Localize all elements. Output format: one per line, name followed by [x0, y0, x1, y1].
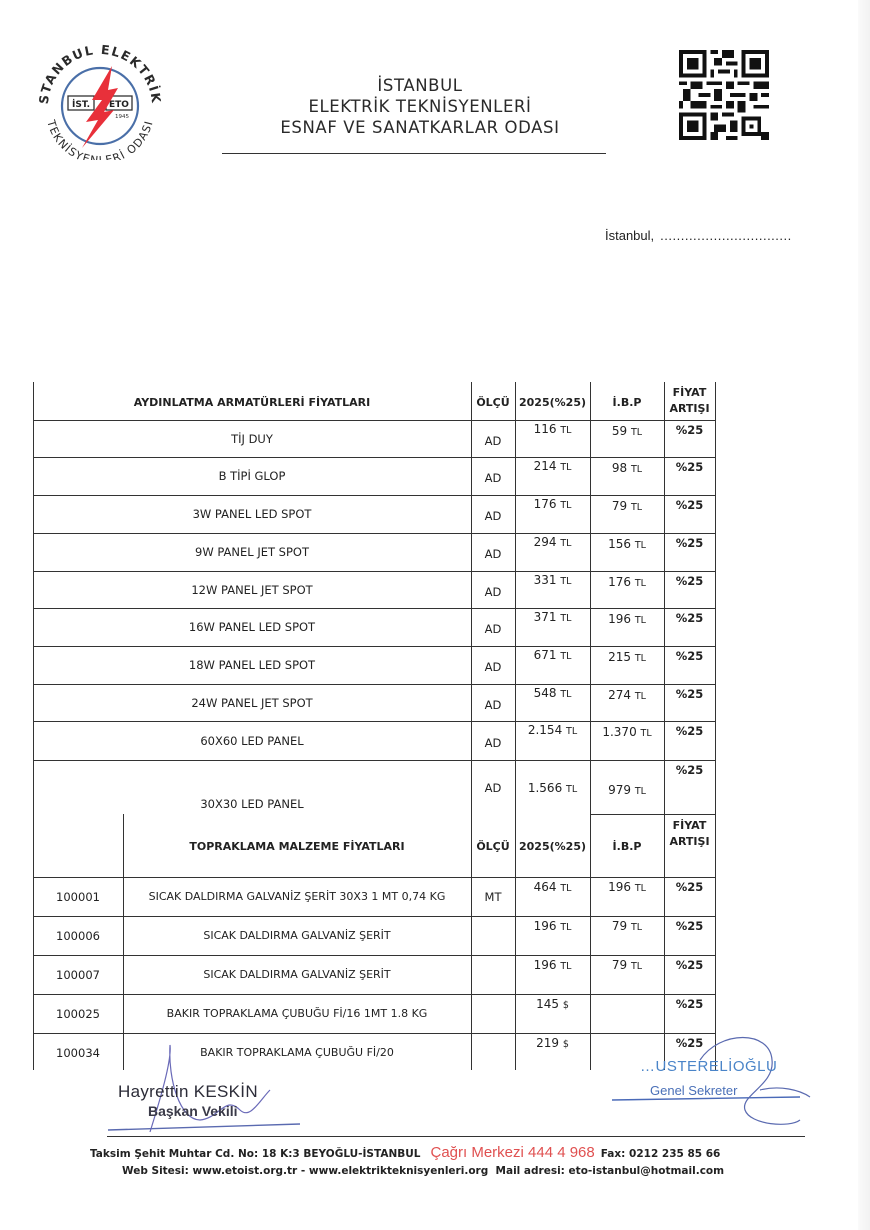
col-header-unit: ÖLÇÜ: [471, 396, 515, 409]
table-row-unit: AD: [471, 509, 515, 523]
table-row-code: 100001: [33, 890, 123, 904]
table-row-price: 331 TL: [515, 573, 590, 587]
grounding-col-header-price: 2025(%25): [515, 840, 590, 853]
table-row-increase: %25: [664, 997, 715, 1011]
svg-text:1945: 1945: [115, 114, 129, 120]
col-header-increase: FİYAT ARTIŞI: [664, 385, 715, 417]
table-row-price: 2.154 TL: [515, 723, 590, 737]
table-row-price: 176 TL: [515, 497, 590, 511]
footer-mail-label: Mail adresi:: [496, 1165, 565, 1177]
table-row-ibp: 79 TL: [590, 958, 664, 972]
table-row-ibp: 98 TL: [590, 461, 664, 475]
page-edge-shadow: [858, 0, 870, 1230]
table-row-unit: AD: [471, 622, 515, 636]
table-row-increase: %25: [664, 536, 715, 550]
table-row-increase: %25: [664, 1036, 715, 1050]
table-row-increase: %25: [664, 460, 715, 474]
footer-address: Taksim Şehit Muhtar Cd. No: 18 K:3 BEYOĞ…: [90, 1148, 420, 1160]
footer-contact-line: Taksim Şehit Muhtar Cd. No: 18 K:3 BEYOĞ…: [90, 1144, 790, 1161]
table-row-name: BAKIR TOPRAKLAMA ÇUBUĞU Fİ/20: [123, 1046, 471, 1059]
footer-web-line: Web Sitesi: www.etoist.org.tr - www.elek…: [122, 1165, 724, 1177]
date-blank-field[interactable]: ................................: [660, 228, 792, 243]
table-row-code: 100025: [33, 1007, 123, 1021]
table-row-increase: %25: [664, 763, 715, 777]
table-row-name: 30X30 LED PANEL: [33, 797, 471, 811]
table-row-increase: %25: [664, 423, 715, 437]
table-row-price: 371 TL: [515, 610, 590, 624]
grounding-table-title: TOPRAKLAMA MALZEME FİYATLARI: [123, 840, 471, 853]
footer-website-link-1[interactable]: www.etoist.org.tr: [193, 1165, 298, 1177]
table-row-name: SICAK DALDIRMA GALVANİZ ŞERİT 30X3 1 MT …: [123, 890, 471, 903]
table-row-ibp: 156 TL: [590, 537, 664, 551]
table-row-increase: %25: [664, 498, 715, 512]
signatory-left-role: Başkan Vekili: [148, 1103, 238, 1119]
table-row-ibp: 79 TL: [590, 499, 664, 513]
table-row-unit: AD: [471, 585, 515, 599]
org-title-line1: İSTANBUL: [220, 75, 620, 96]
table-row-name: 3W PANEL LED SPOT: [33, 507, 471, 521]
col-header-ibp: İ.B.P: [590, 396, 664, 409]
table-row-name: BAKIR TOPRAKLAMA ÇUBUĞU Fİ/16 1MT 1.8 KG: [123, 1007, 471, 1020]
table-row-unit: AD: [471, 434, 515, 448]
date-line: İstanbul,...............................…: [605, 228, 792, 243]
date-label: İstanbul,: [605, 228, 654, 243]
svg-text:İST.: İST.: [72, 99, 90, 110]
table-row-unit: MT: [471, 890, 515, 904]
footer-call-center[interactable]: Çağrı Merkezi 444 4 968: [430, 1144, 594, 1161]
table-row-ibp: 274 TL: [590, 688, 664, 702]
table-row-ibp: 59 TL: [590, 424, 664, 438]
table-row-ibp: 196 TL: [590, 880, 664, 894]
table-row-unit: AD: [471, 781, 515, 795]
table-row-ibp: 215 TL: [590, 650, 664, 664]
table-row-name: 18W PANEL LED SPOT: [33, 658, 471, 672]
table-row-increase: %25: [664, 919, 715, 933]
table-row-ibp: 979 TL: [590, 783, 664, 797]
table-row-price: 196 TL: [515, 919, 590, 933]
table-row-name: SICAK DALDIRMA GALVANİZ ŞERİT: [123, 968, 471, 981]
table-row-increase: %25: [664, 611, 715, 625]
table-row-name: 12W PANEL JET SPOT: [33, 583, 471, 597]
grounding-col-header-ibp: İ.B.P: [590, 840, 664, 853]
table-row-price: 214 TL: [515, 459, 590, 473]
col-header-price: 2025(%25): [515, 396, 590, 409]
table-row-code: 100006: [33, 929, 123, 943]
footer-mail-link[interactable]: eto-istanbul@hotmail.com: [569, 1165, 725, 1177]
footer-website-link-2[interactable]: www.elektrikteknisyenleri.org: [309, 1165, 488, 1177]
header-divider: [222, 153, 606, 154]
table-row-price: 671 TL: [515, 648, 590, 662]
table-row-name: SICAK DALDIRMA GALVANİZ ŞERİT: [123, 929, 471, 942]
qr-code-icon[interactable]: [678, 50, 770, 140]
table-row-name: 9W PANEL JET SPOT: [33, 545, 471, 559]
table-row-price: 116 TL: [515, 422, 590, 436]
table-row-name: 24W PANEL JET SPOT: [33, 696, 471, 710]
eto-logo-icon: İSTANBUL ELEKTRİK. TEKNİSYENLERİ ODASI İ…: [30, 40, 170, 160]
svg-text:ETO: ETO: [109, 100, 129, 110]
table-row-price: 464 TL: [515, 880, 590, 894]
signatory-right-name: …USTERELİOĞLU: [640, 1058, 777, 1075]
grounding-col-header-unit: ÖLÇÜ: [471, 840, 515, 853]
table-row-unit: AD: [471, 547, 515, 561]
footer-separator: -: [301, 1165, 305, 1177]
signatory-right-role: Genel Sekreter: [650, 1083, 737, 1098]
table-row-ibp: 1.370 TL: [590, 725, 664, 739]
table-row-price: 196 TL: [515, 958, 590, 972]
table-row-increase: %25: [664, 880, 715, 894]
table-row-ibp: 79 TL: [590, 919, 664, 933]
table-row-price: 219 $: [515, 1036, 590, 1050]
table-row-name: TİJ DUY: [33, 432, 471, 446]
table-row-price: 1.566 TL: [515, 781, 590, 795]
table-row-increase: %25: [664, 649, 715, 663]
org-title-line2: ELEKTRİK TEKNİSYENLERİ: [220, 96, 620, 117]
table-row-ibp: 176 TL: [590, 575, 664, 589]
table-row-unit: AD: [471, 660, 515, 674]
table-row-name: 60X60 LED PANEL: [33, 734, 471, 748]
organization-title: İSTANBUL ELEKTRİK TEKNİSYENLERİ ESNAF VE…: [220, 75, 620, 138]
footer-website-label: Web Sitesi:: [122, 1165, 189, 1177]
table-row-unit: AD: [471, 471, 515, 485]
table-row-name: B TİPİ GLOP: [33, 469, 471, 483]
table-row-increase: %25: [664, 724, 715, 738]
table-row-increase: %25: [664, 687, 715, 701]
footer-divider: [107, 1136, 805, 1137]
footer-fax: Fax: 0212 235 85 66: [601, 1148, 721, 1160]
document-page: İSTANBUL ELEKTRİK. TEKNİSYENLERİ ODASI İ…: [0, 0, 870, 1230]
table-row-code: 100007: [33, 968, 123, 982]
table-row-unit: AD: [471, 698, 515, 712]
org-title-line3: ESNAF VE SANATKARLAR ODASI: [220, 117, 620, 138]
grounding-col-header-increase: FİYAT ARTIŞI: [664, 818, 715, 850]
table-row-increase: %25: [664, 574, 715, 588]
table-row-code: 100034: [33, 1046, 123, 1060]
table-row-price: 548 TL: [515, 686, 590, 700]
lighting-table-title: AYDINLATMA ARMATÜRLERİ FİYATLARI: [33, 396, 471, 409]
table-row-ibp: 196 TL: [590, 612, 664, 626]
table-row-price: 145 $: [515, 997, 590, 1011]
table-row-unit: AD: [471, 736, 515, 750]
table-row-name: 16W PANEL LED SPOT: [33, 620, 471, 634]
table-row-increase: %25: [664, 958, 715, 972]
signatory-left-name: Hayrettin KESKİN: [118, 1082, 258, 1102]
table-row-price: 294 TL: [515, 535, 590, 549]
